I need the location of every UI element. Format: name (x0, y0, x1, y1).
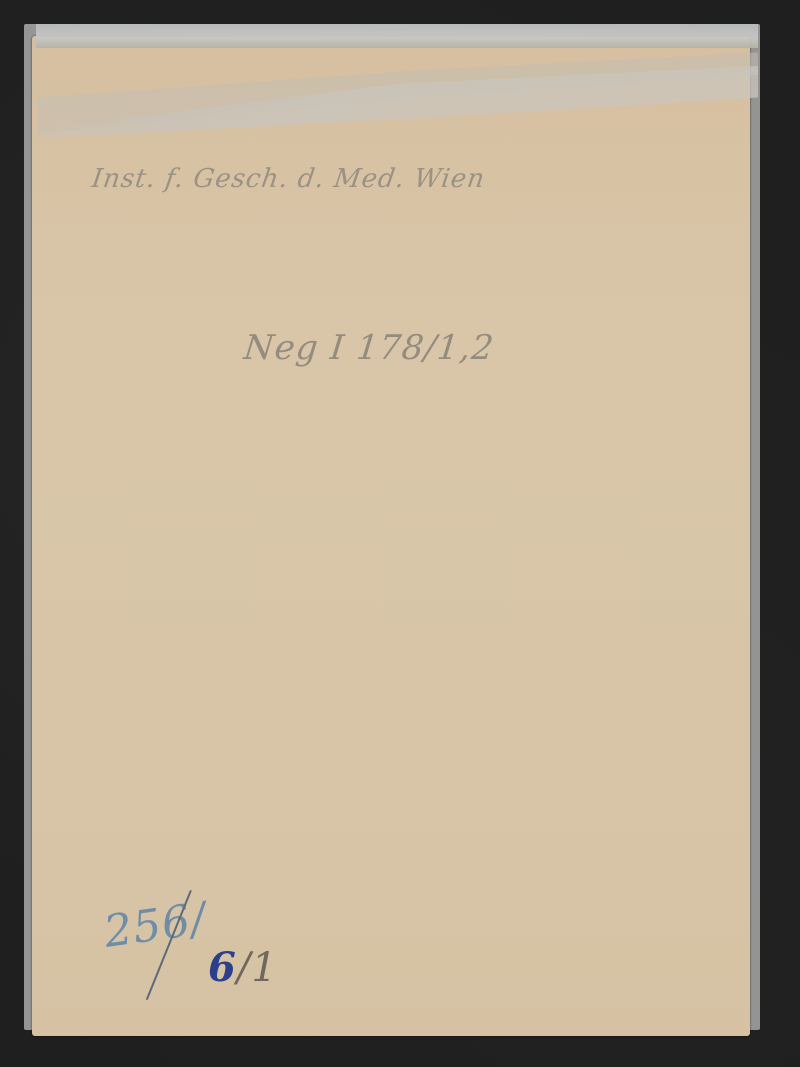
top-tape-strip (36, 24, 758, 48)
catalog-number-sub: 6/1 (208, 944, 278, 991)
catalog-number-sub-blue: 6 (208, 944, 237, 991)
negative-reference-inscription: Neg I 178/1,2 (242, 328, 496, 368)
catalog-number-sub-rest: /1 (237, 945, 278, 991)
institution-inscription: Inst. f. Gesch. d. Med. Wien (90, 164, 487, 194)
